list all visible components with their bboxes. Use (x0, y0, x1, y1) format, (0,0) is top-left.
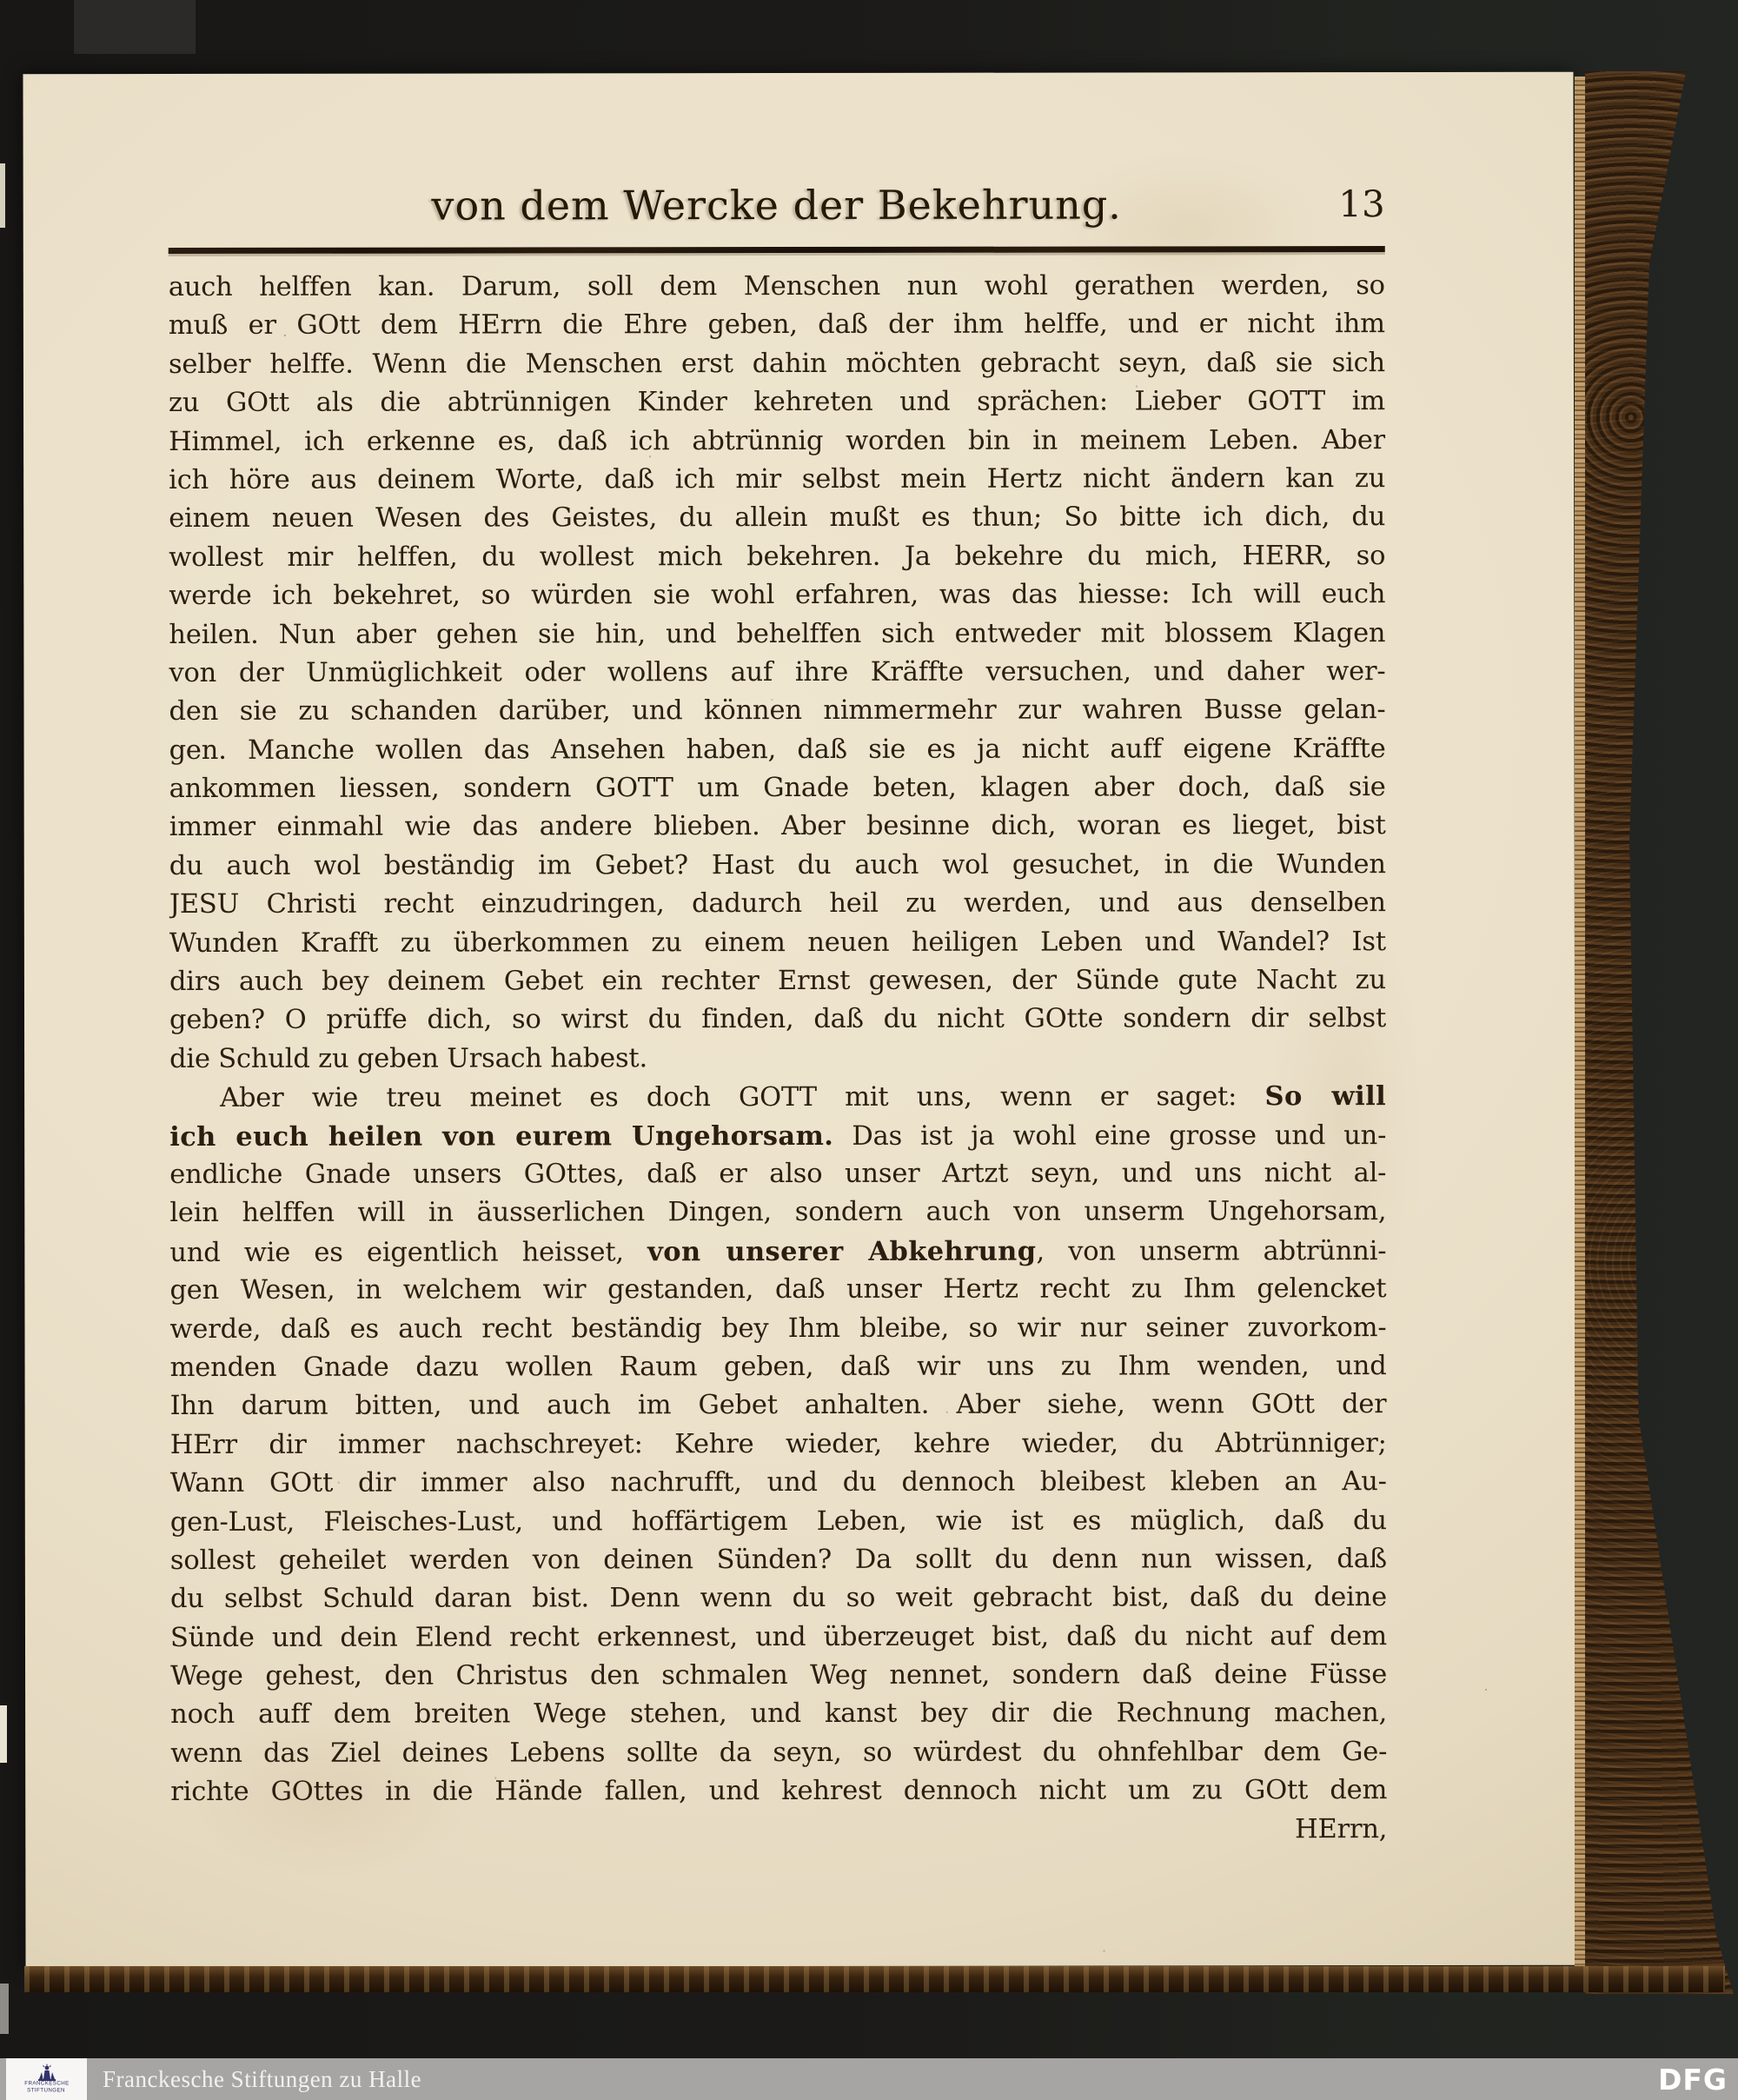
body-text: wollest mir helffen, du wollest mich bek… (169, 541, 1385, 573)
text-line: Wege gehest, den Christus den schmalen W… (170, 1656, 1387, 1696)
page-edge-sliver (0, 1705, 7, 1763)
text-line: von der Unmüglichkeit oder wollens auf i… (169, 653, 1385, 693)
body-text: heilen. Nun aber gehen sie hin, und behe… (169, 618, 1385, 650)
body-text: HErr dir immer nachschreyet: Kehre wiede… (170, 1428, 1387, 1460)
text-block: auch helffen kan. Darum, soll dem Mensch… (169, 267, 1388, 1851)
body-text: Himmel, ich erkenne es, daß ich abtrünni… (169, 425, 1385, 457)
body-text: richte GOttes in die Hände fallen, und k… (170, 1775, 1387, 1807)
body-text: werde ich bekehret, so würden sie wohl e… (169, 579, 1385, 611)
dfg-logo: DFG (1658, 2063, 1728, 2097)
text-line: Aber wie treu meinet es doch GOTT mit un… (169, 1077, 1386, 1117)
body-text: HErrn, (1295, 1814, 1387, 1844)
body-text: dirs auch bey deinem Gebet ein rechter E… (169, 965, 1386, 997)
body-text: immer einmahl wie das andere blieben. Ab… (169, 811, 1386, 843)
text-line: JESU Christi recht einzudringen, dadurch… (169, 884, 1386, 924)
text-line: sollest geheilet werden von deinen Sünde… (170, 1540, 1387, 1580)
footer-bar: FRANCKESCHE STIFTUNGEN Franckesche Stift… (0, 2058, 1738, 2100)
body-text: lein helffen will in äusserlichen Dingen… (169, 1196, 1386, 1228)
text-line: Wunden Krafft zu überkommen zu einem neu… (169, 923, 1386, 963)
text-line: einem neuen Wesen des Geistes, du allein… (169, 498, 1385, 538)
body-text: Sünde und dein Elend recht erkennest, un… (170, 1621, 1387, 1653)
body-text: wenn das Ziel deines Lebens sollte da se… (170, 1737, 1387, 1769)
text-line: endliche Gnade unsers GOttes, daß er als… (169, 1154, 1386, 1194)
text-line: HErr dir immer nachschreyet: Kehre wiede… (170, 1425, 1387, 1465)
page-edge-sliver (0, 1984, 9, 2034)
body-text: Wege gehest, den Christus den schmalen W… (170, 1659, 1387, 1691)
text-line: lein helffen will in äusserlichen Dingen… (169, 1193, 1386, 1233)
franckesche-logo: FRANCKESCHE STIFTUNGEN (6, 2058, 87, 2100)
text-line: selber helffe. Wenn die Menschen erst da… (169, 344, 1385, 384)
book-bottom-edge (24, 1966, 1725, 1992)
page-title: von dem Wercke der Bekehrung. (169, 178, 1385, 232)
text-line: ich höre aus deinem Worte, daß ich mir s… (169, 460, 1385, 500)
page-edge-sliver (0, 163, 5, 228)
book-page: von dem Wercke der Bekehrung. 13 auch he… (23, 72, 1575, 1967)
body-text: , von unserm abtrünni- (1036, 1236, 1386, 1267)
page-content: von dem Wercke der Bekehrung. 13 auch he… (168, 72, 1387, 1967)
text-line: menden Gnade dazu wollen Raum geben, daß… (170, 1347, 1387, 1387)
text-line: du auch wol beständig im Gebet? Hast du … (169, 846, 1386, 886)
text-line: heilen. Nun aber gehen sie hin, und behe… (169, 615, 1385, 655)
emphasized-text: So will (1264, 1080, 1386, 1112)
text-line: werde ich bekehret, so würden sie wohl e… (169, 575, 1385, 615)
body-text: und wie es eigentlich heisset, (169, 1237, 647, 1268)
text-line: wollest mir helffen, du wollest mich bek… (169, 537, 1385, 577)
text-line: geben? O prüffe dich, so wirst du finden… (169, 1000, 1386, 1040)
body-text: gen Wesen, in welchem wir gestanden, daß… (169, 1273, 1386, 1306)
body-text: noch auff dem breiten Wege stehen, und k… (170, 1698, 1387, 1731)
text-line: ankommen liessen, sondern GOTT um Gnade … (169, 768, 1386, 808)
body-text: zu GOtt als die abtrünnigen Kinder kehre… (169, 386, 1385, 418)
emphasized-text: ich euch heilen von eurem Ungehorsam. (169, 1120, 833, 1153)
text-line: du selbst Schuld daran bist. Denn wenn d… (170, 1578, 1387, 1618)
body-text: ich höre aus deinem Worte, daß ich mir s… (169, 463, 1385, 495)
text-line: die Schuld zu geben Ursach habest. (169, 1039, 1386, 1079)
franckesche-logo-text-2: STIFTUNGEN (28, 2088, 66, 2093)
text-line: richte GOttes in die Hände fallen, und k… (170, 1771, 1387, 1811)
body-text: einem neuen Wesen des Geistes, du allein… (169, 502, 1385, 534)
scan-background: von dem Wercke der Bekehrung. 13 auch he… (0, 0, 1738, 2100)
emphasized-text: von unserer Abkehrung (647, 1235, 1036, 1267)
body-text: Wunden Krafft zu überkommen zu einem neu… (169, 927, 1386, 959)
text-line: dirs auch bey deinem Gebet ein rechter E… (169, 961, 1386, 1001)
text-line: zu GOtt als die abtrünnigen Kinder kehre… (169, 382, 1385, 422)
text-line: gen-Lust, Fleisches-Lust, und hoffärtige… (170, 1502, 1387, 1542)
body-text: Ihn darum bitten, und auch im Gebet anha… (170, 1389, 1387, 1421)
text-line: Wann GOtt dir immer also nachrufft, und … (170, 1463, 1387, 1503)
franckesche-emblem-icon (36, 2063, 58, 2081)
body-text: auch helffen kan. Darum, soll dem Mensch… (169, 270, 1385, 302)
body-text: geben? O prüffe dich, so wirst du finden… (169, 1003, 1386, 1035)
body-text: Aber wie treu meinet es doch GOTT mit un… (220, 1081, 1264, 1113)
text-line: gen. Manche wollen das Ansehen haben, da… (169, 730, 1386, 770)
body-text: selber helffe. Wenn die Menschen erst da… (169, 348, 1385, 380)
text-line: Sünde und dein Elend recht erkennest, un… (170, 1618, 1387, 1658)
text-line: den sie zu schanden darüber, und können … (169, 691, 1385, 731)
body-text: muß er GOtt dem HErrn die Ehre geben, da… (169, 309, 1385, 341)
body-text: gen-Lust, Fleisches-Lust, und hoffärtige… (170, 1505, 1387, 1538)
body-text: die Schuld zu geben Ursach habest. (169, 1043, 647, 1074)
leather-binding (1585, 71, 1738, 1994)
body-text: von der Unmüglichkeit oder wollens auf i… (169, 656, 1385, 688)
body-text: endliche Gnade unsers GOttes, daß er als… (169, 1158, 1386, 1190)
body-text: du auch wol beständig im Gebet? Hast du … (169, 849, 1386, 881)
text-line: und wie es eigentlich heisset, von unser… (169, 1232, 1386, 1272)
text-line: HErrn, (170, 1811, 1387, 1851)
text-line: Ihn darum bitten, und auch im Gebet anha… (170, 1386, 1387, 1425)
text-line: muß er GOtt dem HErrn die Ehre geben, da… (169, 305, 1385, 345)
text-line: immer einmahl wie das andere blieben. Ab… (169, 807, 1386, 847)
body-text: Wann GOtt dir immer also nachrufft, und … (170, 1466, 1387, 1499)
text-line: noch auff dem breiten Wege stehen, und k… (170, 1695, 1387, 1735)
franckesche-logo-text-1: FRANCKESCHE (24, 2081, 69, 2086)
institution-label: Franckesche Stiftungen zu Halle (103, 2066, 421, 2093)
body-text: ankommen liessen, sondern GOTT um Gnade … (169, 772, 1386, 804)
page-block-edge (1575, 76, 1586, 1968)
background-patch (74, 0, 196, 54)
text-line: Himmel, ich erkenne es, daß ich abtrünni… (169, 422, 1385, 462)
body-text: sollest geheilet werden von deinen Sünde… (170, 1544, 1387, 1576)
text-line: auch helffen kan. Darum, soll dem Mensch… (169, 267, 1385, 307)
body-text: den sie zu schanden darüber, und können … (169, 694, 1385, 727)
body-text: du selbst Schuld daran bist. Denn wenn d… (170, 1582, 1387, 1614)
body-text: JESU Christi recht einzudringen, dadurch… (169, 887, 1386, 920)
text-line: werde, daß es auch recht beständig bey I… (169, 1309, 1386, 1349)
running-head: von dem Wercke der Bekehrung. 13 (169, 178, 1385, 232)
header-rule (169, 246, 1385, 254)
text-line: gen Wesen, in welchem wir gestanden, daß… (169, 1270, 1386, 1310)
body-text: menden Gnade dazu wollen Raum geben, daß… (170, 1351, 1387, 1383)
body-text: werde, daß es auch recht beständig bey I… (169, 1312, 1386, 1345)
body-text: Das ist ja wohl eine grosse und un- (833, 1120, 1386, 1152)
page-number: 13 (1338, 178, 1385, 230)
body-text: gen. Manche wollen das Ansehen haben, da… (169, 734, 1386, 766)
text-line: wenn das Ziel deines Lebens sollte da se… (170, 1733, 1387, 1773)
text-line: ich euch heilen von eurem Ungehorsam. Da… (169, 1116, 1386, 1156)
